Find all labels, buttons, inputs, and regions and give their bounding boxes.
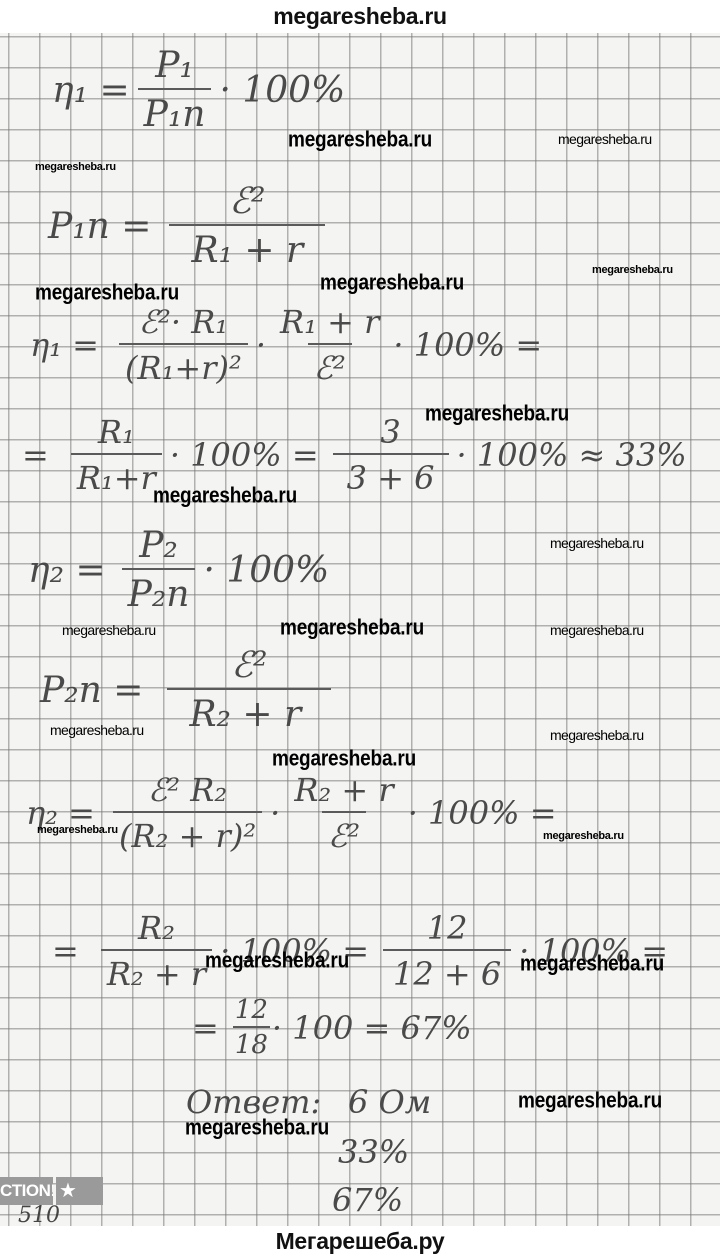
- fraction-denominator: ℰ²: [308, 343, 352, 387]
- fraction: P₂ P₂п: [122, 525, 196, 615]
- equation-eta2-expanded: η₂ = ℰ² R₂ (R₂ + r)² · R₂ + r ℰ² · 100% …: [26, 771, 557, 855]
- eq-lhs: =: [192, 1009, 219, 1047]
- eq-lhs: η₁ =: [52, 70, 130, 111]
- site-footer: Мегарешеба.ру: [0, 1226, 720, 1259]
- site-header-title[interactable]: megaresheba.ru: [273, 3, 447, 29]
- eq-tail: · 100% ≈ 33%: [457, 436, 687, 474]
- watermark[interactable]: megaresheba.ru: [550, 727, 644, 743]
- eq-tail: · 100% =: [408, 794, 557, 832]
- watermark[interactable]: megaresheba.ru: [153, 484, 297, 509]
- fraction: ℰ² R₂ (R₂ + r)²: [113, 771, 262, 855]
- fraction-numerator: 3: [374, 413, 406, 453]
- equation-eta2-substitution: = R₂ R₂ + r · 100% = 12 12 + 6 · 100% =: [52, 909, 668, 993]
- watermark[interactable]: megaresheba.ru: [543, 830, 624, 842]
- site-footer-title[interactable]: Мегарешеба.ру: [276, 1228, 445, 1254]
- page-number: 510: [18, 1203, 60, 1226]
- watermark[interactable]: megaresheba.ru: [592, 264, 673, 276]
- eq-tail: · 100%: [219, 70, 345, 111]
- watermark[interactable]: megaresheba.ru: [280, 616, 424, 641]
- fraction: ℰ² R₁ + r: [169, 181, 325, 271]
- eq-mid: · 100% =: [170, 436, 319, 474]
- watermark[interactable]: megaresheba.ru: [558, 131, 652, 147]
- eq-tail: · 100%: [203, 550, 329, 591]
- fraction-numerator: P₁: [149, 45, 200, 88]
- fraction-denominator: R₂ + r: [167, 688, 331, 735]
- fraction: R₂ R₂ + r: [101, 909, 212, 993]
- eq-mid: ·: [270, 794, 280, 832]
- equation-eta2-definition: η₂ = P₂ P₂п · 100%: [28, 525, 329, 615]
- fraction: 12 12 + 6: [383, 909, 511, 993]
- watermark[interactable]: megaresheba.ru: [205, 949, 349, 974]
- fraction-numerator: 12: [421, 909, 474, 949]
- star-icon: ★: [56, 1177, 103, 1205]
- fraction: ℰ²· R₁ (R₁+r)²: [119, 303, 248, 387]
- fraction-numerator: ℰ²: [223, 181, 271, 224]
- equation-eta1-definition: η₁ = P₁ P₁п · 100%: [52, 45, 345, 135]
- equation-eta1-expanded: η₁ = ℰ²· R₁ (R₁+r)² · R₁ + r ℰ² · 100% =: [30, 303, 542, 387]
- fraction-numerator: R₁: [92, 413, 141, 453]
- fraction-numerator: R₂: [132, 909, 181, 949]
- watermark[interactable]: megaresheba.ru: [550, 535, 644, 551]
- fraction-denominator: 18: [233, 1026, 270, 1060]
- fraction: R₁ R₁+r: [71, 413, 162, 497]
- eq-mid: ·: [256, 326, 266, 364]
- fraction-denominator: 3 + 6: [333, 453, 449, 497]
- fraction-denominator: (R₁+r)²: [119, 343, 248, 387]
- watermark[interactable]: megaresheba.ru: [518, 1089, 662, 1114]
- fraction-denominator: P₁п: [138, 88, 212, 135]
- watermark[interactable]: megaresheba.ru: [288, 128, 432, 153]
- eq-lhs: η₂ =: [28, 550, 106, 591]
- fraction-denominator: 12 + 6: [383, 949, 511, 993]
- eq-lhs: =: [52, 932, 79, 970]
- fraction: R₁ + r ℰ²: [274, 303, 385, 387]
- watermark[interactable]: megaresheba.ru: [272, 747, 416, 772]
- fraction-denominator: ℰ²: [322, 811, 366, 855]
- watermark[interactable]: megaresheba.ru: [320, 271, 464, 296]
- answer-value-resistance: 6 Ом: [348, 1083, 431, 1121]
- fraction: R₂ + r ℰ²: [288, 771, 399, 855]
- watermark[interactable]: megaresheba.ru: [37, 824, 118, 836]
- notebook-page: η₁ = P₁ P₁п · 100% P₁п = ℰ² R₁ + r η₁ = …: [0, 33, 720, 1226]
- fraction-denominator: R₁ + r: [169, 224, 325, 271]
- fraction-denominator: P₂п: [122, 568, 196, 615]
- equation-p1n: P₁п = ℰ² R₁ + r: [48, 181, 333, 271]
- eq-lhs: P₁п =: [48, 206, 151, 247]
- fraction-numerator: R₂ + r: [288, 771, 399, 811]
- fraction: 12 18: [233, 995, 270, 1060]
- equation-eta2-result: = 12 18 · 100 = 67%: [192, 995, 472, 1060]
- watermark[interactable]: megaresheba.ru: [185, 1116, 329, 1141]
- fraction-denominator: R₁+r: [71, 453, 162, 497]
- fraction: ℰ² R₂ + r: [167, 645, 331, 735]
- eq-tail: · 100 = 67%: [272, 1009, 472, 1047]
- watermark[interactable]: megaresheba.ru: [62, 622, 156, 638]
- fraction: P₁ P₁п: [138, 45, 212, 135]
- eq-tail: · 100% =: [393, 326, 542, 364]
- answer-value-eta1: 33%: [338, 1133, 409, 1171]
- fraction-denominator: (R₂ + r)²: [113, 811, 262, 855]
- site-header: megaresheba.ru: [0, 0, 720, 33]
- fraction-numerator: R₁ + r: [274, 303, 385, 343]
- watermark[interactable]: megaresheba.ru: [35, 161, 116, 173]
- eq-lhs: =: [22, 436, 49, 474]
- fraction-numerator: ℰ²· R₁: [133, 303, 234, 343]
- fraction-numerator: 12: [233, 995, 270, 1026]
- fraction-numerator: ℰ² R₂: [142, 771, 233, 811]
- eq-lhs: η₁ =: [30, 326, 99, 364]
- watermark[interactable]: megaresheba.ru: [35, 281, 179, 306]
- watermark[interactable]: megaresheba.ru: [520, 952, 664, 977]
- watermark[interactable]: megaresheba.ru: [550, 622, 644, 638]
- badge-text: CTION!: [0, 1177, 53, 1205]
- answer-value-eta2: 67%: [332, 1181, 403, 1219]
- watermark[interactable]: megaresheba.ru: [425, 402, 569, 427]
- fraction-numerator: P₂: [133, 525, 184, 568]
- watermark[interactable]: megaresheba.ru: [50, 722, 144, 738]
- eq-lhs: P₂п =: [40, 670, 143, 711]
- section-badge: CTION! ★: [0, 1177, 103, 1205]
- equation-eta1-result: = R₁ R₁+r · 100% = 3 3 + 6 · 100% ≈ 33%: [22, 413, 687, 497]
- fraction-numerator: ℰ²: [225, 645, 273, 688]
- fraction-denominator: R₂ + r: [101, 949, 212, 993]
